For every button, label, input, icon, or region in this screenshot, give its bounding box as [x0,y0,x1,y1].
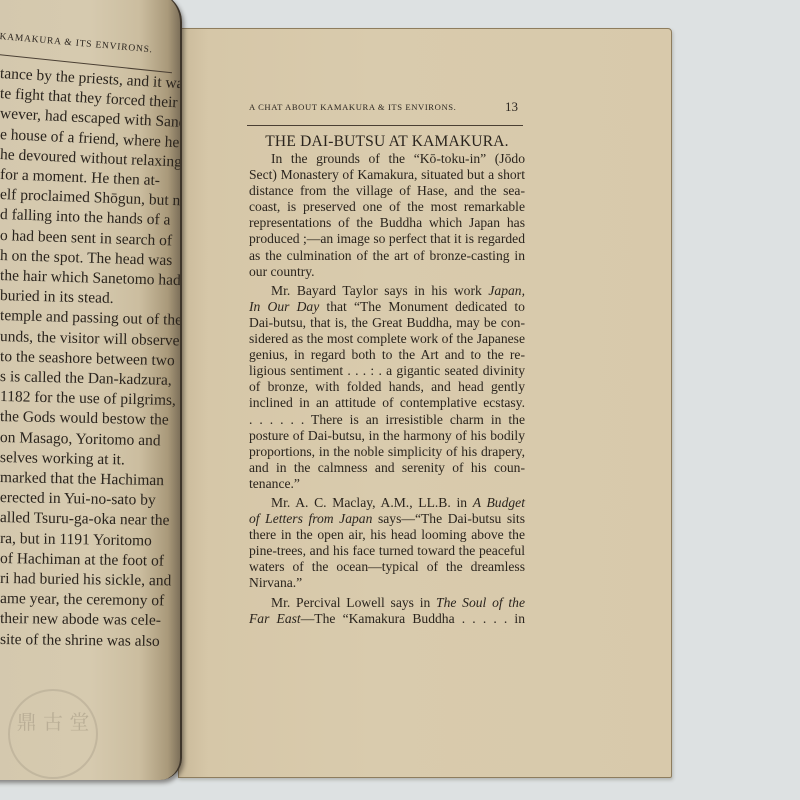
text-span: Mr. Bayard Taylor says in his work [271,283,488,298]
text-line: as the culmination of the art of bronze-… [249,248,525,264]
text-line: their new abode was cele- [0,609,175,631]
book-title: Japan, [488,283,525,298]
book-title: In Our Day [249,299,319,314]
text-line: Sect) Monastery of Kamakura, situated bu… [249,167,525,183]
text-line: Mr. A. C. Maclay, A.M., LL.B. in A Budge… [249,495,525,511]
paragraph-3: Mr. A. C. Maclay, A.M., LL.B. in A Budge… [249,495,525,592]
running-head: A CHAT ABOUT KAMAKURA & ITS ENVIRONS. [249,102,527,112]
text-line: produced ;—an image so perfect that it i… [249,231,525,247]
text-line: ri had buried his sickle, and [0,569,175,592]
left-page-body: tance by the priests, and it was te figh… [0,64,175,650]
book-title: Far East [249,611,301,626]
text-line: Far East—The “Kamakura Buddha . . . . . … [249,611,525,627]
text-line: coast, is preserved one of the most rema… [249,199,525,215]
paragraph-2: Mr. Bayard Taylor says in his work Japan… [249,283,525,492]
text-line: waters of the ocean—typical of the dream… [249,559,525,575]
text-line: pine-trees, and his face turned toward t… [249,543,525,559]
text-line: alled Tsuru-ga-oka near the [0,508,175,531]
chapter-title: THE DAI-BUTSU AT KAMAKURA. [249,133,525,151]
text-line: tenance.” [249,476,525,492]
text-line: of bronze, with folded hands, and head g… [249,379,525,395]
left-running-head: KAMAKURA & ITS ENVIRONS. [0,32,153,55]
text-span: Mr. A. C. Maclay, A.M., LL.B. in [271,495,473,510]
text-line: Dai-butsu, that is, the Great Buddha, ma… [249,315,525,331]
text-line: of Letters from Japan says—“The Dai-buts… [249,511,525,527]
text-line: In Our Day that “The Monument dedicated … [249,299,525,315]
text-span: says—“The Dai-butsu sits [372,511,525,526]
right-page: A CHAT ABOUT KAMAKURA & ITS ENVIRONS. 13… [178,28,672,778]
text-line: inclined in an attitude of contemplative… [249,395,525,411]
watermark-stamp: 鼎 古 堂 [8,689,98,779]
paragraph-4: Mr. Percival Lowell says in The Soul of … [249,595,525,627]
text-line: Mr. Bayard Taylor says in his work Japan… [249,283,525,299]
book-title: of Letters from Japan [249,511,372,526]
header-rule [247,125,523,126]
book-photo: A CHAT ABOUT KAMAKURA & ITS ENVIRONS. 13… [0,0,800,800]
book-title: The Soul of the [436,595,525,610]
text-line: proportions, in the noble simplicity of … [249,444,525,460]
text-line: ligious sentiment . . . : . a gigantic s… [249,363,525,379]
left-page: KAMAKURA & ITS ENVIRONS. tance by the pr… [0,0,182,780]
text-line: In the grounds of the “Kō-toku-in” (Jōdo [249,151,525,167]
text-line: our country. [249,264,525,280]
text-line: there in the open air, his head looming … [249,527,525,543]
text-line: Nirvana.” [249,575,525,591]
text-span: Mr. Percival Lowell says in [271,595,436,610]
text-line: ra, but in 1191 Yoritomo [0,529,175,552]
text-line: posture of Dai-butsu, in the harmony of … [249,428,525,444]
text-span: that “The Monument dedicated to [319,299,525,314]
text-line: . . . . . . There is an irresistible cha… [249,412,525,428]
text-line: and in the calmness and serenity of his … [249,460,525,476]
paragraph-1: In the grounds of the “Kō-toku-in” (Jōdo… [249,151,525,280]
text-line: sidered as the most complete work of the… [249,331,525,347]
text-line: distance from the village of Hase, and t… [249,183,525,199]
page-body: THE DAI-BUTSU AT KAMAKURA. In the ground… [249,133,525,627]
text-line: Mr. Percival Lowell says in The Soul of … [249,595,525,611]
book-title: A Budget [473,495,525,510]
text-line: representations of the Buddha which Japa… [249,215,525,231]
page-number: 13 [505,99,518,115]
text-line: site of the shrine was also [0,630,175,652]
text-line: genius, in regard both to the Art and to… [249,347,525,363]
text-span: —The “Kamakura Buddha . . . . . in [301,611,525,626]
